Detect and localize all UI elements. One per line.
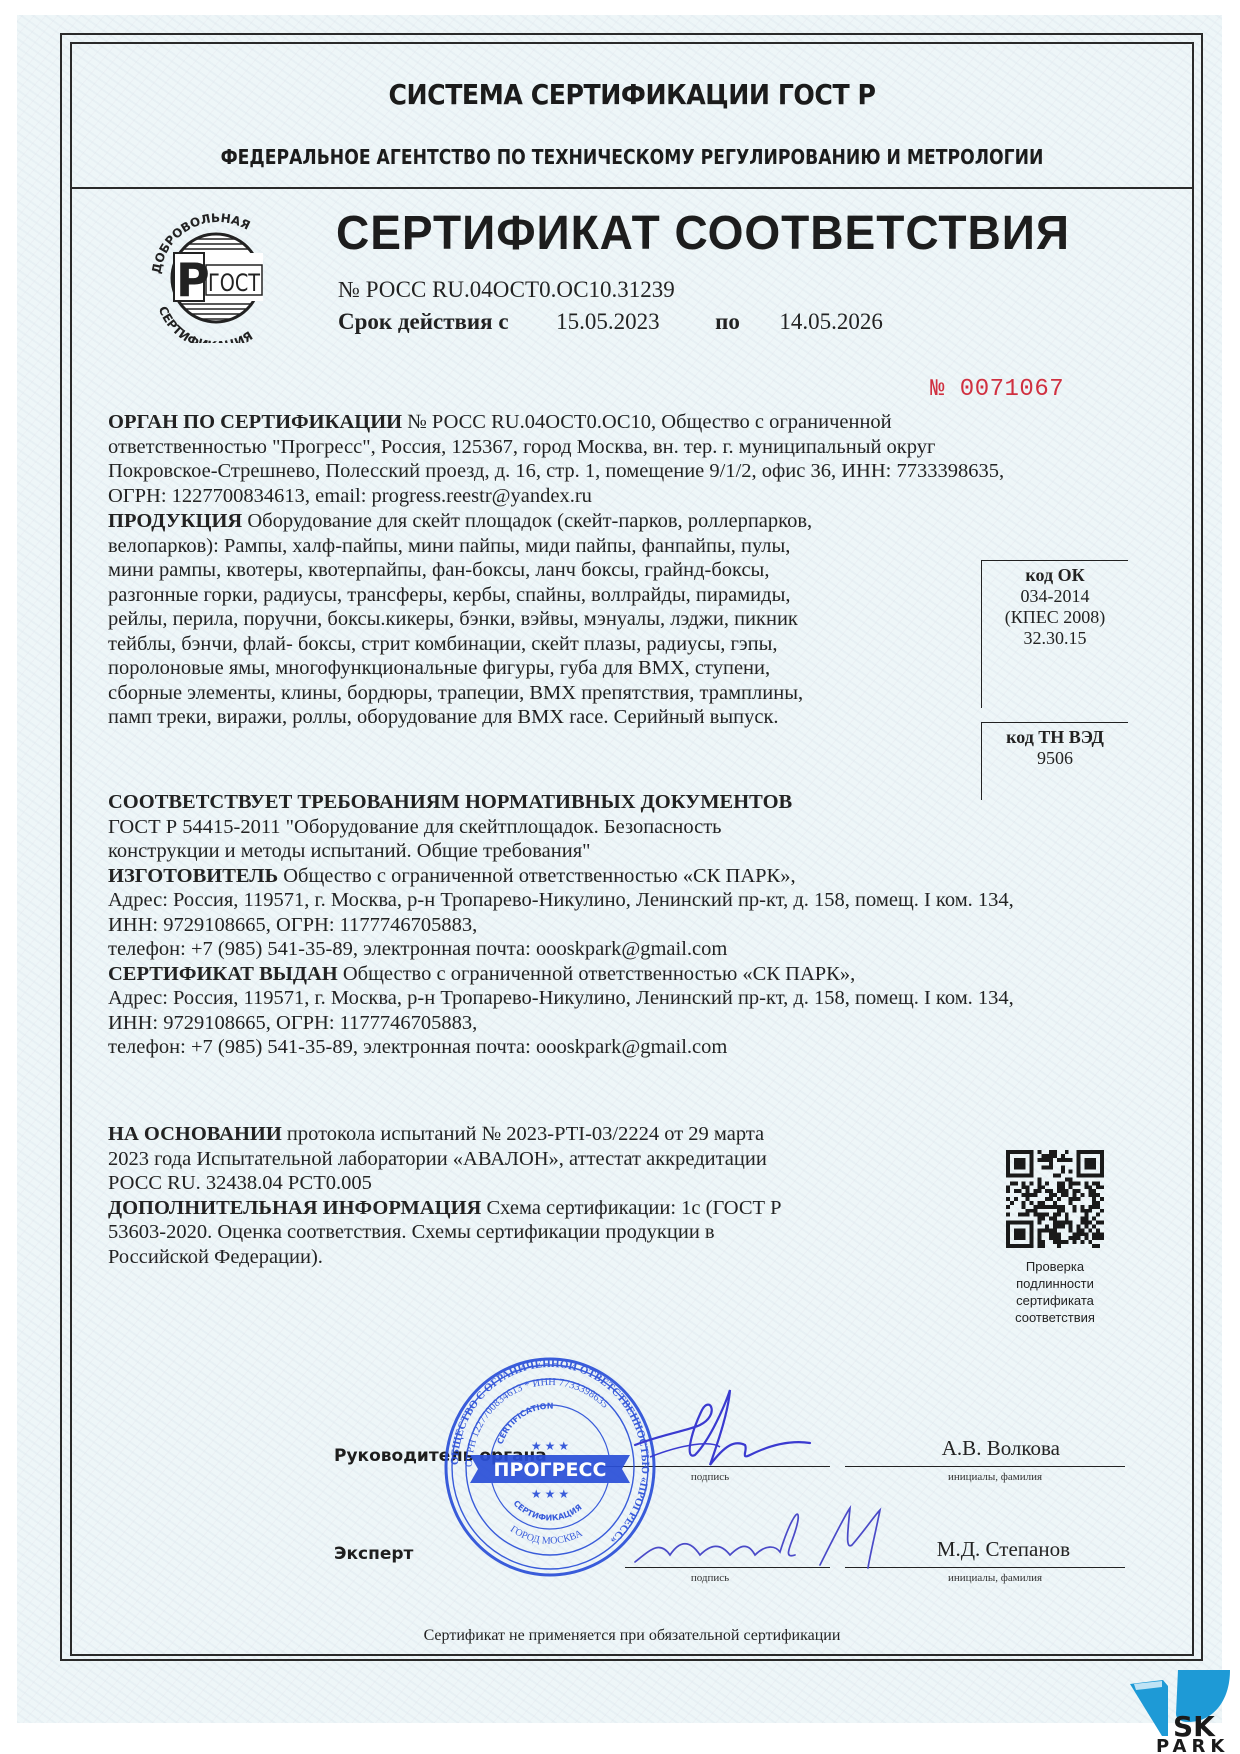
products-label: ПРОДУКЦИЯ — [108, 510, 242, 532]
basis-line: РОСС RU. 32438.04 РСТ0.005 — [108, 1171, 782, 1196]
certification-body-line: ответственностью "Прогресс", Россия, 125… — [108, 435, 1004, 460]
ok-code-value: (КПЕС 2008) — [982, 607, 1128, 628]
ok-code-value: 034-2014 — [982, 586, 1128, 607]
conformity-label: СООТВЕТСТВУЕТ ТРЕБОВАНИЯМ НОРМАТИВНЫХ ДО… — [108, 791, 792, 813]
manufacturer-line: Адрес: Россия, 119571, г. Москва, р-н Тр… — [108, 888, 1014, 913]
footer-note: Сертификат не применяется при обязательн… — [70, 1627, 1194, 1645]
products-line: поролоновые ямы, многофункциональные фиг… — [108, 656, 812, 681]
qr-caption-line: Проверка — [975, 1258, 1135, 1275]
expert-role-label: Эксперт — [334, 1544, 413, 1564]
head-name-caption: инициалы, фамилия — [920, 1471, 1070, 1483]
basis-line: протокола испытаний № 2023-РТI-03/2224 о… — [282, 1123, 764, 1145]
organization-stamp-icon: ОБЩЕСТВО С ОГРАНИЧЕННОЙ ОТВЕТСТВЕННОСТЬЮ… — [440, 1355, 660, 1585]
validity-period: Срок действия с 15.05.2023 по 14.05.2026 — [338, 309, 883, 335]
qr-caption-line: сертификата — [975, 1292, 1135, 1309]
conformity-section: СООТВЕТСТВУЕТ ТРЕБОВАНИЯМ НОРМАТИВНЫХ ДО… — [108, 790, 1014, 1060]
ok-code-box: код ОК 034-2014 (КПЕС 2008) 32.30.15 — [981, 560, 1128, 708]
products-line: памп треки, виражи, роллы, оборудование … — [108, 705, 812, 730]
expert-signature-icon — [630, 1500, 900, 1575]
products-line: мини рампы, квотеры, квотерпайпы, фан-бо… — [108, 558, 812, 583]
svg-text:★ ★ ★: ★ ★ ★ — [531, 1487, 569, 1501]
basis-section: НА ОСНОВАНИИ протокола испытаний № 2023-… — [108, 1122, 782, 1269]
certification-body-label: ОРГАН ПО СЕРТИФИКАЦИИ — [108, 411, 402, 433]
valid-to: 14.05.2026 — [779, 309, 883, 334]
manufacturer-line: ИНН: 9729108665, ОГРН: 1177746705883, — [108, 913, 1014, 938]
qr-caption-line: соответствия — [975, 1309, 1135, 1326]
certification-body-line: ОГРН: 1227700834613, email: progress.ree… — [108, 484, 1004, 509]
products-line: сборные элементы, клины, бордюры, трапец… — [108, 681, 812, 706]
additional-info-line: 53603-2020. Оценка соответствия. Схемы с… — [108, 1220, 782, 1245]
products-line: тейблы, бэнчи, флай- боксы, стрит комбин… — [108, 632, 812, 657]
svg-text:ГОРОД МОСКВА: ГОРОД МОСКВА — [508, 1524, 585, 1547]
basis-label: НА ОСНОВАНИИ — [108, 1123, 282, 1145]
certification-body-section: ОРГАН ПО СЕРТИФИКАЦИИ № РОСС RU.04ОСТ0.О… — [108, 410, 1004, 508]
basis-line: 2023 года Испытательной лаборатории «АВА… — [108, 1147, 782, 1172]
svg-text:СЕРТИФИКАЦИЯ: СЕРТИФИКАЦИЯ — [512, 1499, 584, 1523]
gost-r-logo-icon: ДОБРОВОЛЬНАЯ СЕРТИФИКАЦИЯ Р ГОСТ — [142, 203, 292, 343]
ok-code-label: код ОК — [982, 565, 1128, 586]
conformity-line: ГОСТ Р 54415-2011 "Оборудование для скей… — [108, 815, 1014, 840]
certification-body-line: Покровское-Стрешнево, Полесский проезд, … — [108, 459, 1004, 484]
products-line: разгонные горки, радиусы, трансферы, кер… — [108, 583, 812, 608]
header-divider — [70, 187, 1194, 189]
ok-code-value: 32.30.15 — [982, 628, 1128, 649]
issued-to-label: СЕРТИФИКАТ ВЫДАН — [108, 963, 338, 985]
manufacturer-line: телефон: +7 (985) 541-35-89, электронная… — [108, 937, 1014, 962]
issued-to-line: Адрес: Россия, 119571, г. Москва, р-н Тр… — [108, 986, 1014, 1011]
head-name: А.В. Волкова — [850, 1436, 1060, 1461]
issued-to-line: ИНН: 9729108665, ОГРН: 1177746705883, — [108, 1011, 1014, 1036]
products-line: велопарков): Рампы, халф-пайпы, мини пай… — [108, 534, 812, 559]
additional-info-line: Схема сертификации: 1с (ГОСТ Р — [481, 1197, 781, 1219]
products-line: Оборудование для скейт площадок (скейт-п… — [242, 510, 812, 532]
additional-info-label: ДОПОЛНИТЕЛЬНАЯ ИНФОРМАЦИЯ — [108, 1197, 481, 1219]
products-section: ПРОДУКЦИЯ Оборудование для скейт площадо… — [108, 509, 812, 730]
certificate-number: № РОСС RU.04ОСТ0.ОС10.31239 — [338, 277, 675, 303]
svg-text:Р: Р — [176, 253, 210, 307]
tnved-code-label: код ТН ВЭД — [982, 727, 1128, 748]
svg-text:PARK: PARK — [1156, 1736, 1229, 1754]
issued-to-line: Общество с ограниченной ответственностью… — [338, 963, 855, 985]
manufacturer-label: ИЗГОТОВИТЕЛЬ — [108, 865, 278, 887]
head-name-line — [845, 1466, 1125, 1467]
qr-code-icon[interactable] — [1005, 1150, 1105, 1248]
svg-text:ПРОГРЕСС: ПРОГРЕСС — [494, 1459, 607, 1481]
issued-to-line: телефон: +7 (985) 541-35-89, электронная… — [108, 1035, 1014, 1060]
manufacturer-line: Общество с ограниченной ответственностью… — [278, 865, 795, 887]
conformity-line: конструкции и методы испытаний. Общие тр… — [108, 839, 1014, 864]
validity-label: Срок действия с — [338, 309, 509, 334]
svg-text:★ ★ ★: ★ ★ ★ — [531, 1439, 569, 1453]
head-signature-icon — [630, 1385, 830, 1480]
tnved-code-value: 9506 — [982, 748, 1128, 769]
agency-title: ФЕДЕРАЛЬНОЕ АГЕНТСТВО ПО ТЕХНИЧЕСКОМУ РЕ… — [149, 145, 1116, 169]
system-title: СИСТЕМА СЕРТИФИКАЦИИ ГОСТ Р — [126, 78, 1138, 111]
svg-text:ГОСТ: ГОСТ — [208, 269, 260, 297]
products-line: рейлы, перила, поручни, боксы.кикеры, бэ… — [108, 607, 812, 632]
to-label: по — [715, 309, 740, 334]
qr-caption-line: подлинности — [975, 1275, 1135, 1292]
blank-serial-number: № 0071067 — [930, 376, 1064, 403]
sk-park-logo-icon: SK PARK — [1128, 1640, 1240, 1754]
certificate-title: СЕРТИФИКАТ СООТВЕТСТВИЯ — [336, 206, 1070, 261]
qr-caption: Проверка подлинности сертификата соответ… — [975, 1258, 1135, 1326]
valid-from: 15.05.2023 — [556, 309, 660, 334]
tnved-code-box: код ТН ВЭД 9506 — [981, 722, 1128, 800]
certification-body-line: № РОСС RU.04ОСТ0.ОС10, Общество с ограни… — [402, 411, 892, 433]
expert-name-caption: инициалы, фамилия — [920, 1572, 1070, 1584]
additional-info-line: Российской Федерации). — [108, 1245, 782, 1270]
